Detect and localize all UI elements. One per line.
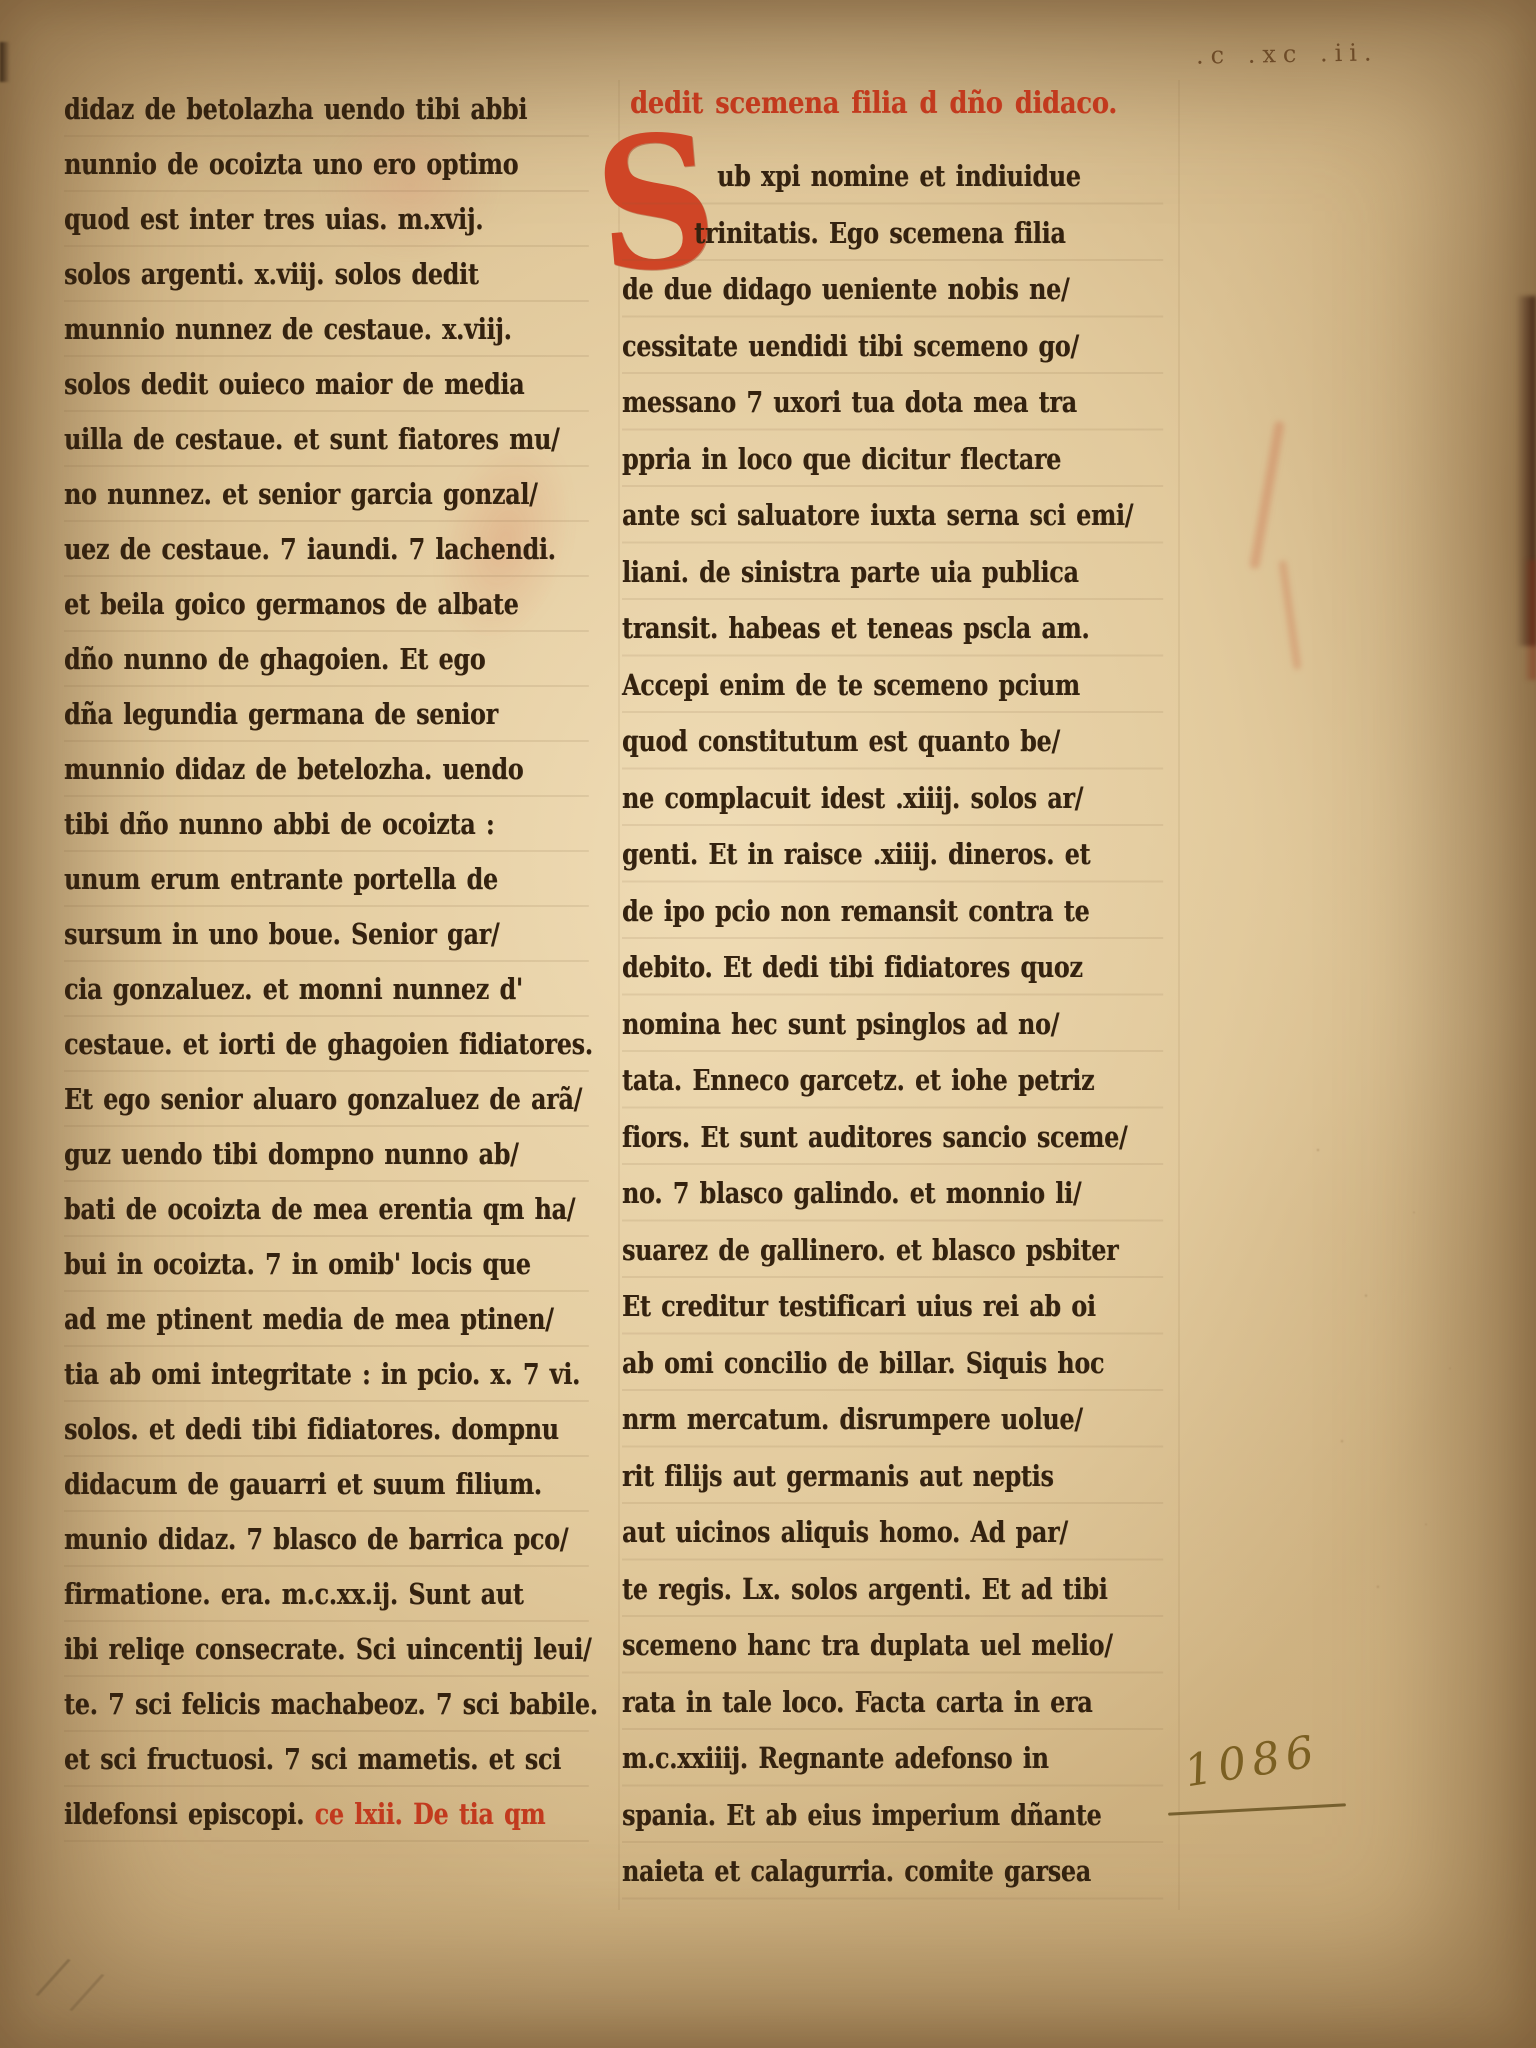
text-segment: unum erum entrante portella de xyxy=(64,862,498,896)
manuscript-line: genti. Et in raisce .xiiij. dineros. et xyxy=(622,826,1163,883)
text-segment: scemeno hanc tra duplata uel melio/ xyxy=(622,1628,1113,1662)
text-segment: solos dedit ouieco maior de media xyxy=(64,367,524,401)
text-segment: didaz de betolazha uendo tibi abbi xyxy=(64,92,527,126)
text-segment: Accepi enim de te scemeno pcium xyxy=(622,668,1080,702)
text-segment: te regis. Lx. solos argenti. Et ad tibi xyxy=(622,1572,1107,1606)
text-segment: sursum in uno boue. Senior gar/ xyxy=(64,917,499,951)
text-segment: cia gonzaluez. et monni nunnez d' xyxy=(64,972,523,1006)
manuscript-line: cia gonzaluez. et monni nunnez d' xyxy=(64,962,589,1017)
manuscript-line: te regis. Lx. solos argenti. Et ad tibi xyxy=(622,1561,1163,1618)
text-segment: ub xpi nomine et indiuidue xyxy=(717,159,1081,193)
manuscript-line: transit. habeas et teneas pscla am. xyxy=(622,600,1163,657)
text-segment: munnio nunnez de cestaue. x.viij. xyxy=(64,312,512,346)
manuscript-line: firmatione. era. m.c.xx.ij. Sunt aut xyxy=(64,1567,589,1622)
text-segment: spania. Et ab eius imperium dñante xyxy=(622,1798,1101,1832)
rubric-text-segment: ce lxii. De tia qm xyxy=(315,1797,546,1831)
manuscript-line: trinitatis. Ego scemena filia xyxy=(622,205,1163,262)
text-segment: et beila goico germanos de albate xyxy=(64,587,519,621)
manuscript-line: quod constitutum est quanto be/ xyxy=(622,713,1163,770)
text-segment: no. 7 blasco galindo. et monnio li/ xyxy=(622,1176,1081,1210)
margin-year-underline xyxy=(1168,1803,1346,1815)
manuscript-line: no nunnez. et senior garcia gonzal/ xyxy=(64,467,589,522)
text-segment: uilla de cestaue. et sunt fiatores mu/ xyxy=(64,422,559,456)
red-margin-mark xyxy=(1278,560,1301,670)
manuscript-line: messano 7 uxori tua dota mea tra xyxy=(622,374,1163,431)
text-segment: te. 7 sci felicis machabeoz. 7 sci babil… xyxy=(64,1687,598,1721)
manuscript-line: cestaue. et iorti de ghagoien fidiatores… xyxy=(64,1017,589,1072)
manuscript-line: ne complacuit idest .xiiij. solos ar/ xyxy=(622,770,1163,827)
text-segment: ibi reliqe consecrate. Sci uincentij leu… xyxy=(64,1632,591,1666)
margin-year-annotation: 1086 xyxy=(1181,1726,1323,1798)
text-segment: liani. de sinistra parte uia publica xyxy=(622,555,1079,589)
text-segment: tia ab omi integritate : in pcio. x. 7 v… xyxy=(64,1357,580,1391)
manuscript-line: uez de cestaue. 7 iaundi. 7 lachendi. xyxy=(64,522,589,577)
manuscript-line: cessitate uendidi tibi scemeno go/ xyxy=(622,318,1163,375)
manuscript-line: scemeno hanc tra duplata uel melio/ xyxy=(622,1617,1163,1674)
manuscript-line: ub xpi nomine et indiuidue xyxy=(622,148,1163,205)
manuscript-line: Et ego senior aluaro gonzaluez de arã/ xyxy=(64,1072,589,1127)
manuscript-line: munnio nunnez de cestaue. x.viij. xyxy=(64,302,589,357)
text-segment: aut uicinos aliquis homo. Ad par/ xyxy=(622,1515,1068,1549)
manuscript-line: no. 7 blasco galindo. et monnio li/ xyxy=(622,1165,1163,1222)
text-segment: guz uendo tibi dompno nunno ab/ xyxy=(64,1137,519,1171)
text-segment: genti. Et in raisce .xiiij. dineros. et xyxy=(622,837,1090,871)
manuscript-line: Accepi enim de te scemeno pcium xyxy=(622,657,1163,714)
text-segment: no nunnez. et senior garcia gonzal/ xyxy=(64,477,538,511)
text-segment: firmatione. era. m.c.xx.ij. Sunt aut xyxy=(64,1577,524,1611)
manuscript-line: dño nunno de ghagoien. Et ego xyxy=(64,632,589,687)
text-segment: fiors. Et sunt auditores sancio sceme/ xyxy=(622,1120,1127,1154)
text-segment: et sci fructuosi. 7 sci mametis. et sci xyxy=(64,1742,561,1776)
text-segment: rata in tale loco. Facta carta in era xyxy=(622,1685,1092,1719)
manuscript-line: rata in tale loco. Facta carta in era xyxy=(622,1674,1163,1731)
text-segment: de ipo pcio non remansit contra te xyxy=(622,894,1089,928)
manuscript-line: ad me ptinent media de mea ptinen/ xyxy=(64,1292,589,1347)
text-segment: de due didago ueniente nobis ne/ xyxy=(622,272,1069,306)
manuscript-line: tia ab omi integritate : in pcio. x. 7 v… xyxy=(64,1347,589,1402)
manuscript-line: tata. Enneco garcetz. et iohe petriz xyxy=(622,1052,1163,1109)
text-segment: solos argenti. x.viij. solos dedit xyxy=(64,257,479,291)
manuscript-line: ildefonsi episcopi. ce lxii. De tia qm xyxy=(64,1787,589,1842)
manuscript-line: Et creditur testificari uius rei ab oi xyxy=(622,1278,1163,1335)
text-segment: ppria in loco que dicitur flectare xyxy=(622,442,1061,476)
text-segment: ildefonsi episcopi. xyxy=(64,1797,315,1831)
manuscript-line: bati de ocoizta de mea erentia qm ha/ xyxy=(64,1182,589,1237)
text-segment: ne complacuit idest .xiiij. solos ar/ xyxy=(622,781,1083,815)
manuscript-line: spania. Et ab eius imperium dñante xyxy=(622,1787,1163,1844)
text-segment: dño nunno de ghagoien. Et ego xyxy=(64,642,485,676)
text-segment: dña legundia germana de senior xyxy=(64,697,498,731)
text-segment: cestaue. et iorti de ghagoien fidiatores… xyxy=(64,1027,593,1061)
manuscript-line: te. 7 sci felicis machabeoz. 7 sci babil… xyxy=(64,1677,589,1732)
manuscript-line: sursum in uno boue. Senior gar/ xyxy=(64,907,589,962)
text-segment: bui in ocoizta. 7 in omib' locis que xyxy=(64,1247,531,1281)
folio-number: .c .xc .ii. xyxy=(1196,38,1379,69)
manuscript-line: uilla de cestaue. et sunt fiatores mu/ xyxy=(64,412,589,467)
text-segment: messano 7 uxori tua dota mea tra xyxy=(622,385,1077,419)
manuscript-line: rit filijs aut germanis aut neptis xyxy=(622,1448,1163,1505)
text-segment: nunnio de ocoizta uno ero optimo xyxy=(64,147,518,181)
text-segment: quod est inter tres uias. m.xvij. xyxy=(64,202,483,236)
manuscript-line: nrm mercatum. disrumpere uolue/ xyxy=(622,1391,1163,1448)
manuscript-line: solos argenti. x.viij. solos dedit xyxy=(64,247,589,302)
text-segment: quod constitutum est quanto be/ xyxy=(622,724,1060,758)
text-segment: transit. habeas et teneas pscla am. xyxy=(622,611,1089,645)
text-segment: suarez de gallinero. et blasco psbiter xyxy=(622,1233,1118,1267)
manuscript-line: ante sci saluatore iuxta serna sci emi/ xyxy=(622,487,1163,544)
text-segment: cessitate uendidi tibi scemeno go/ xyxy=(622,329,1079,363)
text-segment: ante sci saluatore iuxta serna sci emi/ xyxy=(622,498,1133,532)
manuscript-line: quod est inter tres uias. m.xvij. xyxy=(64,192,589,247)
manuscript-line: dña legundia germana de senior xyxy=(64,687,589,742)
manuscript-line: de ipo pcio non remansit contra te xyxy=(622,883,1163,940)
text-segment: m.c.xxiiij. Regnante adefonso in xyxy=(622,1741,1049,1775)
manuscript-line: fiors. Et sunt auditores sancio sceme/ xyxy=(622,1109,1163,1166)
text-segment: uez de cestaue. 7 iaundi. 7 lachendi. xyxy=(64,532,556,566)
text-segment: bati de ocoizta de mea erentia qm ha/ xyxy=(64,1192,575,1226)
left-text-column: didaz de betolazha uendo tibi abbinunnio… xyxy=(64,82,589,1842)
manuscript-line: liani. de sinistra parte uia publica xyxy=(622,544,1163,601)
manuscript-line: m.c.xxiiij. Regnante adefonso in xyxy=(622,1730,1163,1787)
manuscript-line: munio didaz. 7 blasco de barrica pco/ xyxy=(64,1512,589,1567)
ruling-line xyxy=(618,80,620,1910)
text-segment: tata. Enneco garcetz. et iohe petriz xyxy=(622,1063,1094,1097)
manuscript-line: nunnio de ocoizta uno ero optimo xyxy=(64,137,589,192)
page-edge-shadow xyxy=(0,42,10,82)
page-edge-shadow xyxy=(1516,296,1536,646)
manuscript-line: unum erum entrante portella de xyxy=(64,852,589,907)
manuscript-page: .c .xc .ii. didaz de betolazha uendo tib… xyxy=(0,0,1536,2048)
text-segment: ab omi concilio de billar. Siquis hoc xyxy=(622,1346,1104,1380)
manuscript-line: bui in ocoizta. 7 in omib' locis que xyxy=(64,1237,589,1292)
text-segment: nomina hec sunt psinglos ad no/ xyxy=(622,1007,1059,1041)
manuscript-line: et sci fructuosi. 7 sci mametis. et sci xyxy=(64,1732,589,1787)
right-text-column: ub xpi nomine et indiuiduetrinitatis. Eg… xyxy=(622,148,1163,1900)
manuscript-line: et beila goico germanos de albate xyxy=(64,577,589,632)
manuscript-line: ab omi concilio de billar. Siquis hoc xyxy=(622,1335,1163,1392)
text-segment: Et creditur testificari uius rei ab oi xyxy=(622,1289,1096,1323)
manuscript-line: guz uendo tibi dompno nunno ab/ xyxy=(64,1127,589,1182)
text-segment: nrm mercatum. disrumpere uolue/ xyxy=(622,1402,1083,1436)
manuscript-line: de due didago ueniente nobis ne/ xyxy=(622,261,1163,318)
pencil-mark xyxy=(36,1959,105,2011)
manuscript-line: didacum de gauarri et suum filium. xyxy=(64,1457,589,1512)
manuscript-line: debito. Et dedi tibi fidiatores quoz xyxy=(622,939,1163,996)
manuscript-line: munnio didaz de betelozha. uendo xyxy=(64,742,589,797)
ruling-line xyxy=(1178,80,1180,1910)
manuscript-line: ppria in loco que dicitur flectare xyxy=(622,431,1163,488)
text-segment: solos. et dedi tibi fidiatores. dompnu xyxy=(64,1412,559,1446)
text-segment: munio didaz. 7 blasco de barrica pco/ xyxy=(64,1522,568,1556)
text-segment: munnio didaz de betelozha. uendo xyxy=(64,752,523,786)
text-segment: rit filijs aut germanis aut neptis xyxy=(622,1459,1054,1493)
red-margin-mark xyxy=(1249,420,1285,569)
parchment-speckle xyxy=(1270,1098,1510,1618)
manuscript-line: solos dedit ouieco maior de media xyxy=(64,357,589,412)
text-segment: Et ego senior aluaro gonzaluez de arã/ xyxy=(64,1082,582,1116)
text-segment: didacum de gauarri et suum filium. xyxy=(64,1467,542,1501)
manuscript-line: didaz de betolazha uendo tibi abbi xyxy=(64,82,589,137)
text-segment: naieta et calagurria. comite garsea xyxy=(622,1854,1091,1888)
manuscript-line: aut uicinos aliquis homo. Ad par/ xyxy=(622,1504,1163,1561)
manuscript-line: nomina hec sunt psinglos ad no/ xyxy=(622,996,1163,1053)
text-segment: tibi dño nunno abbi de ocoizta : xyxy=(64,807,494,841)
text-segment: debito. Et dedi tibi fidiatores quoz xyxy=(622,950,1083,984)
manuscript-line: naieta et calagurria. comite garsea xyxy=(622,1843,1163,1900)
manuscript-line: suarez de gallinero. et blasco psbiter xyxy=(622,1222,1163,1279)
text-segment: ad me ptinent media de mea ptinen/ xyxy=(64,1302,554,1336)
manuscript-line: ibi reliqe consecrate. Sci uincentij leu… xyxy=(64,1622,589,1677)
manuscript-line: tibi dño nunno abbi de ocoizta : xyxy=(64,797,589,852)
text-segment: trinitatis. Ego scemena filia xyxy=(694,216,1065,250)
page-edge-shadow xyxy=(1524,560,1536,680)
manuscript-line: solos. et dedi tibi fidiatores. dompnu xyxy=(64,1402,589,1457)
